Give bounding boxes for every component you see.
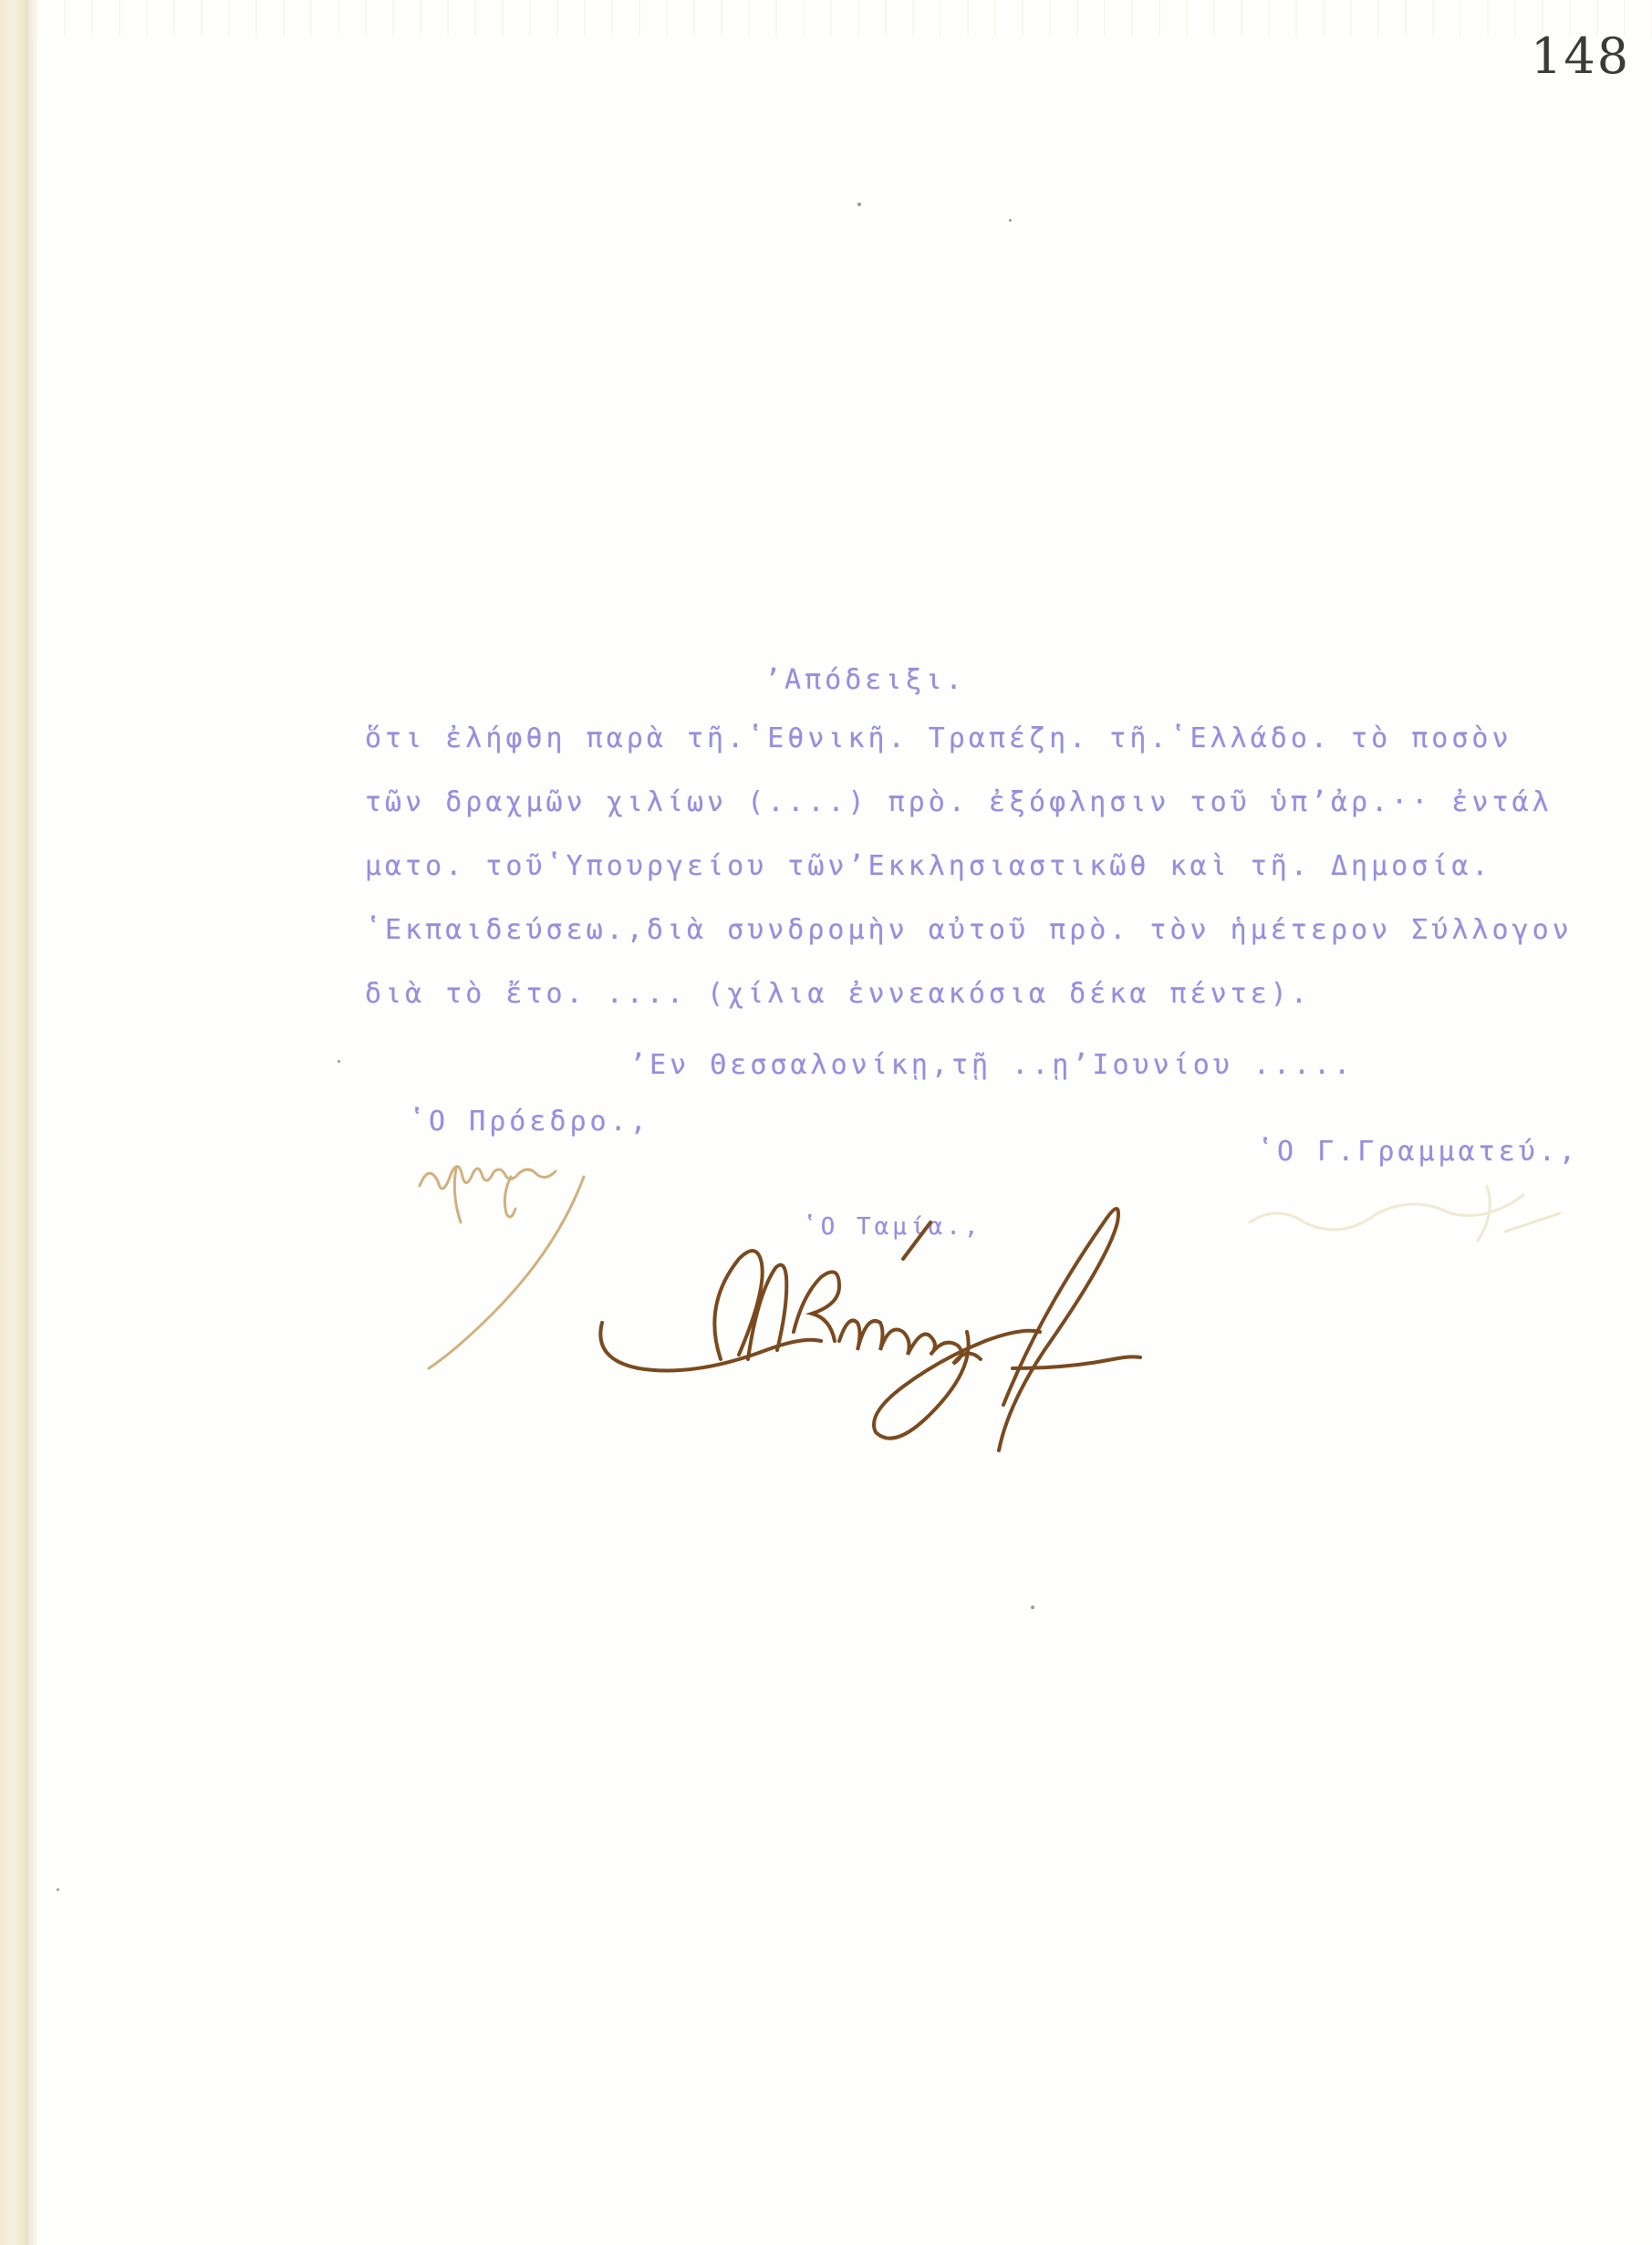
paper-speck	[1031, 1606, 1034, 1609]
paper-speck	[57, 1888, 59, 1891]
page-number: 148	[1531, 27, 1630, 85]
treasurer-signature	[584, 1186, 1204, 1460]
paper-speck	[338, 1060, 340, 1063]
paper-speck	[1009, 219, 1012, 222]
receipt-body-line: τῶν δραχμῶν χιλίων (....) πρὸ. ἐξόφλησιν…	[365, 786, 1553, 818]
receipt-body-line: διὰ τὸ ἔτο. .... (χίλια ἐννεακόσια δέκα …	[365, 978, 1311, 1010]
receipt-date-line: ʼΕν Θεσσαλονίκῃ,τῇ ..ῃʼΙουνίου .....	[629, 1049, 1354, 1081]
secretary-label: ʽΟ Γ.Γραμματεύ.,	[1257, 1136, 1579, 1168]
president-label: ʽΟ Πρόεδρο.,	[409, 1106, 650, 1138]
secretary-signature	[1213, 1168, 1578, 1277]
page-top-edge	[36, 0, 1652, 36]
binding-fold-line	[26, 0, 28, 2245]
page-binding-strip	[0, 0, 36, 2245]
receipt-body-line: ὅτι ἐλήφθη παρὰ τῆ.ʽΕθνικῆ. Τραπέζη. τῆ.…	[365, 722, 1512, 754]
receipt-body-line: ματο. τοῦʽΥπουργείου τῶνʼΕκκλησιαστικῶθ …	[365, 850, 1491, 882]
paper-speck	[857, 203, 861, 206]
receipt-title: ʼΑπόδειξι.	[764, 664, 966, 696]
receipt-body-line: ʽΕκπαιδεύσεω.,διὰ συνδρομὴν αὐτοῦ πρὸ. τ…	[365, 914, 1573, 946]
